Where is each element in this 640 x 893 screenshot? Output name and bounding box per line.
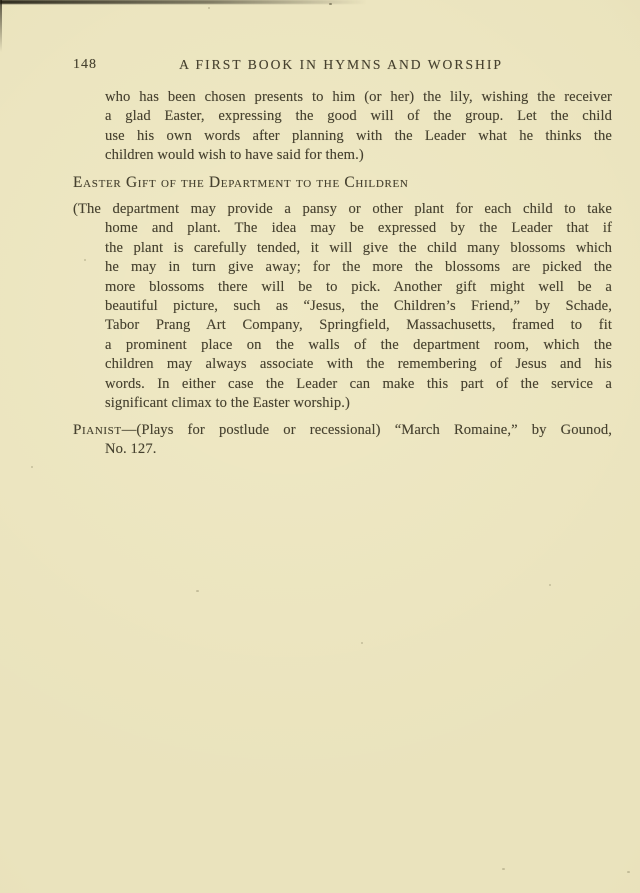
body-line: who has been chosen presents to him (or … — [105, 88, 612, 107]
section-heading: Easter Gift of the Department to the Chi… — [73, 173, 612, 192]
paragraph-pianist: Pianist—(Plays for postlude or recession… — [73, 420, 612, 460]
paper-speck — [361, 642, 363, 644]
paragraph-continuation: who has been chosen presents to him (or … — [73, 88, 612, 166]
paper-speck — [549, 584, 551, 586]
body-line: Pianist—(Plays for postlude or recession… — [73, 420, 612, 440]
paper-speck — [627, 871, 630, 873]
running-head: 148 A FIRST BOOK IN HYMNS AND WORSHIP — [0, 57, 640, 75]
paper-speck — [208, 7, 210, 9]
body-line: No. 127. — [105, 440, 612, 459]
body-line: Tabor Prang Art Company, Springfield, Ma… — [105, 316, 612, 335]
body-line: home and plant. The idea may be expresse… — [105, 219, 612, 238]
paper-speck — [502, 868, 505, 870]
paper-speck — [329, 3, 332, 5]
book-page-scan: 148 A FIRST BOOK IN HYMNS AND WORSHIP wh… — [0, 0, 640, 893]
pianist-text: —(Plays for postlude or recessional) “Ma… — [122, 422, 612, 438]
body-line: children may always associate with the r… — [105, 355, 612, 374]
running-title: A FIRST BOOK IN HYMNS AND WORSHIP — [179, 57, 503, 73]
body-line: more blossoms there will be to pick. Ano… — [105, 278, 612, 297]
body-line: beautiful picture, such as “Jesus, the C… — [105, 297, 612, 316]
page-number: 148 — [73, 57, 97, 73]
paper-speck — [196, 590, 199, 592]
pianist-label: Pianist — [73, 421, 122, 438]
scan-edge-shadow-left — [0, 0, 2, 52]
body-line: the plant is carefully tended, it will g… — [105, 239, 612, 258]
paragraph-department-gift: (The department may provide a pansy or o… — [73, 200, 612, 413]
body-line: (The department may provide a pansy or o… — [73, 200, 612, 219]
body-line: children would wish to have said for the… — [105, 146, 612, 165]
body-line: use his own words after planning with th… — [105, 127, 612, 146]
body-line: a prominent place on the walls of the de… — [105, 336, 612, 355]
body-line: words. In either case the Leader can mak… — [105, 375, 612, 394]
scan-edge-shadow-top — [0, 0, 470, 4]
body-line: a glad Easter, expressing the good will … — [105, 107, 612, 126]
page-body: who has been chosen presents to him (or … — [73, 88, 612, 459]
body-line: he may in turn give away; for the more t… — [105, 258, 612, 277]
paper-speck — [31, 466, 33, 468]
body-line: significant climax to the Easter worship… — [105, 394, 612, 413]
